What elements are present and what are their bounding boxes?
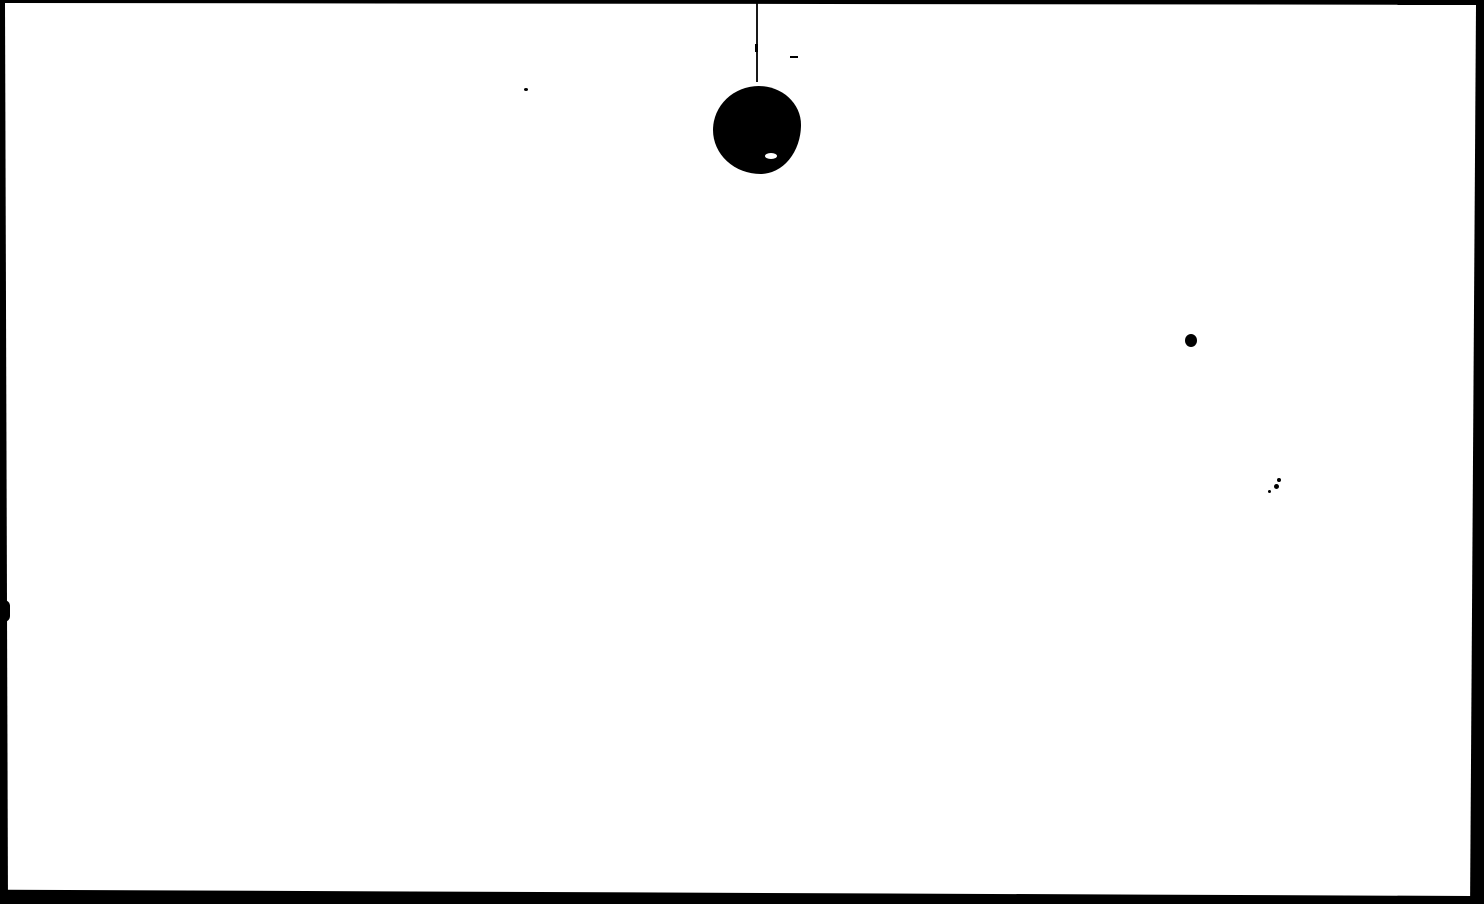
ink-blot	[713, 86, 801, 174]
crack-fragment	[790, 56, 798, 58]
speck	[524, 88, 528, 91]
crack-fragment	[755, 44, 758, 52]
speck	[1277, 478, 1281, 482]
hairline-crack	[756, 0, 758, 82]
edge-tab	[0, 600, 10, 622]
speck	[1274, 484, 1279, 489]
sheet-description: Thresholded black-and-white scan of a bl…	[5, 3, 6, 4]
speck	[1268, 490, 1271, 493]
speck	[1185, 334, 1197, 347]
blot-notch	[765, 153, 777, 159]
